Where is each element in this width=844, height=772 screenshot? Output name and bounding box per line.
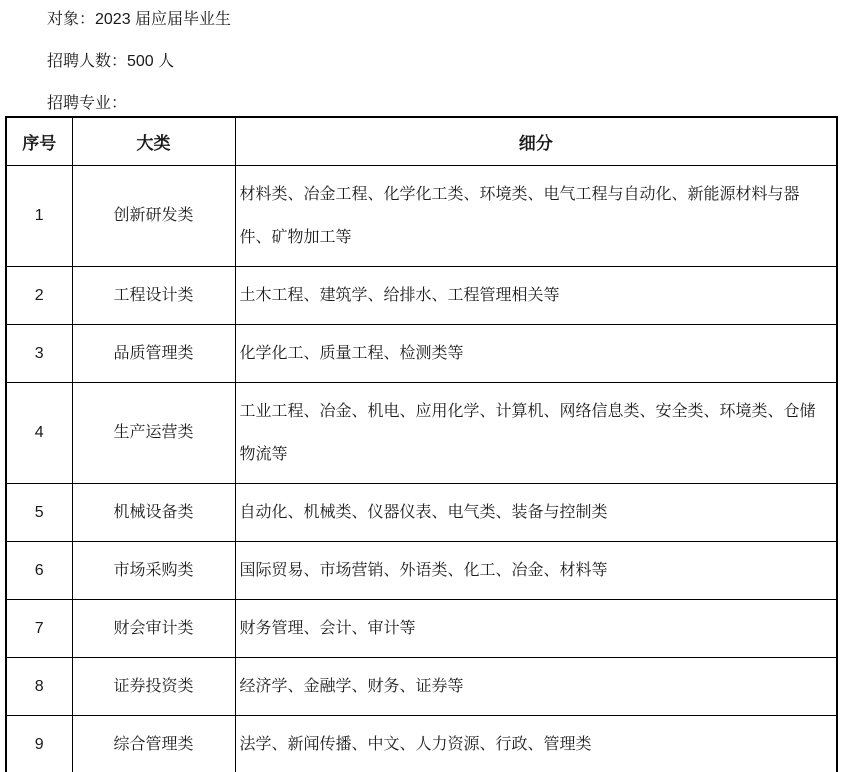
row-detail: 工业工程、冶金、机电、应用化学、计算机、网络信息类、安全类、环境类、仓储物流等 [235,382,837,483]
row-number: 9 [6,715,72,772]
row-detail: 自动化、机械类、仪器仪表、电气类、装备与控制类 [235,483,837,541]
row-number: 2 [6,266,72,324]
headcount-line: 招聘人数：500 人 [47,50,839,74]
recruitment-majors-table: 序号 大类 细分 1 创新研发类 材料类、冶金工程、化学化工类、环境类、电气工程… [5,116,838,772]
majors-label-line: 招聘专业： [47,92,839,116]
table-row: 3 品质管理类 化学化工、质量工程、检测类等 [6,324,837,382]
row-category: 财会审计类 [72,599,235,657]
row-detail: 土木工程、建筑学、给排水、工程管理相关等 [235,266,837,324]
table-row: 7 财会审计类 财务管理、会计、审计等 [6,599,837,657]
intro-section: 对象：2023 届应届毕业生 招聘人数：500 人 招聘专业： [5,8,839,116]
row-category: 综合管理类 [72,715,235,772]
table-row: 9 综合管理类 法学、新闻传播、中文、人力资源、行政、管理类 [6,715,837,772]
row-number: 1 [6,165,72,266]
row-detail: 化学化工、质量工程、检测类等 [235,324,837,382]
header-cell-category: 大类 [72,117,235,165]
row-number: 8 [6,657,72,715]
row-number: 6 [6,541,72,599]
row-detail: 财务管理、会计、审计等 [235,599,837,657]
row-category: 工程设计类 [72,266,235,324]
row-category: 创新研发类 [72,165,235,266]
table-row: 4 生产运营类 工业工程、冶金、机电、应用化学、计算机、网络信息类、安全类、环境… [6,382,837,483]
row-detail: 材料类、冶金工程、化学化工类、环境类、电气工程与自动化、新能源材料与器件、矿物加… [235,165,837,266]
document-page: 对象：2023 届应届毕业生 招聘人数：500 人 招聘专业： 序号 大类 细分… [0,0,844,772]
table-row: 6 市场采购类 国际贸易、市场营销、外语类、化工、冶金、材料等 [6,541,837,599]
table-header-row: 序号 大类 细分 [6,117,837,165]
row-number: 3 [6,324,72,382]
row-number: 5 [6,483,72,541]
header-cell-no: 序号 [6,117,72,165]
row-category: 生产运营类 [72,382,235,483]
row-detail: 国际贸易、市场营销、外语类、化工、冶金、材料等 [235,541,837,599]
row-detail: 法学、新闻传播、中文、人力资源、行政、管理类 [235,715,837,772]
row-category: 机械设备类 [72,483,235,541]
row-number: 7 [6,599,72,657]
target-audience-line: 对象：2023 届应届毕业生 [47,8,839,32]
table-row: 2 工程设计类 土木工程、建筑学、给排水、工程管理相关等 [6,266,837,324]
row-detail: 经济学、金融学、财务、证券等 [235,657,837,715]
row-number: 4 [6,382,72,483]
row-category: 证券投资类 [72,657,235,715]
table-row: 5 机械设备类 自动化、机械类、仪器仪表、电气类、装备与控制类 [6,483,837,541]
table-row: 1 创新研发类 材料类、冶金工程、化学化工类、环境类、电气工程与自动化、新能源材… [6,165,837,266]
row-category: 品质管理类 [72,324,235,382]
table-row: 8 证券投资类 经济学、金融学、财务、证券等 [6,657,837,715]
header-cell-detail: 细分 [235,117,837,165]
row-category: 市场采购类 [72,541,235,599]
